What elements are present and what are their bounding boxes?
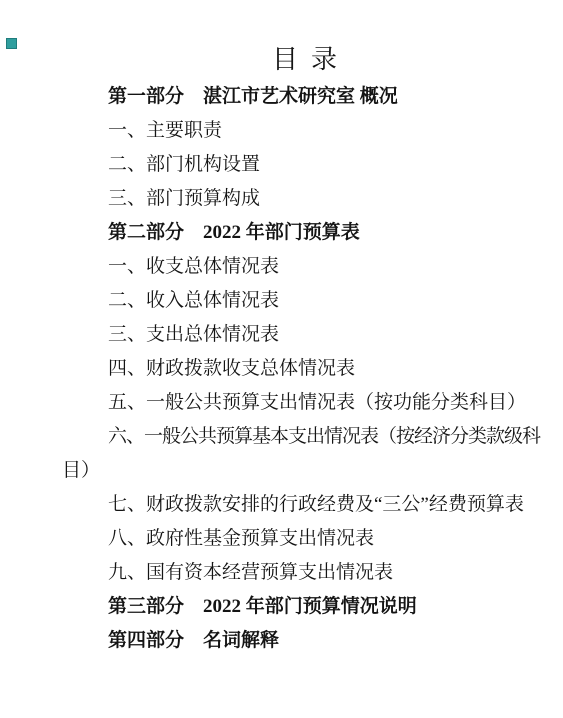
toc-item: 五、一般公共预算支出情况表（按功能分类科目）: [62, 386, 523, 420]
toc-item: 三、支出总体情况表: [62, 318, 523, 352]
toc-item: 八、政府性基金预算支出情况表: [62, 522, 523, 556]
toc-heading: 第四部分 名词解释: [62, 624, 523, 658]
document-body: 目 录 第一部分 湛江市艺术研究室 概况一、主要职责二、部门机构设置三、部门预算…: [62, 40, 523, 658]
page-title: 目 录: [62, 40, 523, 80]
toc-item: 三、部门预算构成: [62, 182, 523, 216]
toc-heading: 第三部分 2022 年部门预算情况说明: [62, 590, 523, 624]
toc-item: 目）: [62, 454, 523, 488]
toc-item: 七、财政拨款安排的行政经费及“三公”经费预算表: [62, 488, 523, 522]
toc-item: 一、收支总体情况表: [62, 250, 523, 284]
toc-item: 一、主要职责: [62, 114, 523, 148]
toc-item: 二、部门机构设置: [62, 148, 523, 182]
toc-item: 六、一般公共预算基本支出情况表（按经济分类款级科: [62, 420, 523, 454]
toc-item: 九、国有资本经营预算支出情况表: [62, 556, 523, 590]
corner-marker: [6, 38, 17, 49]
toc-heading: 第二部分 2022 年部门预算表: [62, 216, 523, 250]
toc-item: 四、财政拨款收支总体情况表: [62, 352, 523, 386]
document-page: 目 录 第一部分 湛江市艺术研究室 概况一、主要职责二、部门机构设置三、部门预算…: [0, 0, 563, 718]
toc-item: 二、收入总体情况表: [62, 284, 523, 318]
toc-list: 第一部分 湛江市艺术研究室 概况一、主要职责二、部门机构设置三、部门预算构成第二…: [62, 80, 523, 658]
toc-heading: 第一部分 湛江市艺术研究室 概况: [62, 80, 523, 114]
